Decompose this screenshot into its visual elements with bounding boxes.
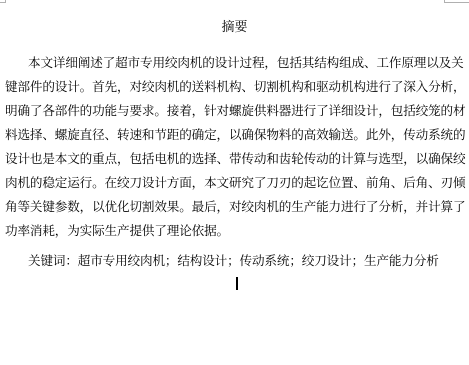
abstract-title: 摘要 <box>0 19 469 37</box>
abstract-line: 设计也是本文的重点，包括电机的选择、带传动和齿轮传动的计算与选型，以确保绞 <box>5 147 461 171</box>
text-cursor <box>236 277 238 290</box>
abstract-body[interactable]: 本文详细阐述了超市专用绞肉机的设计过程，包括其结构组成、工作原理以及关 键部件的… <box>5 51 461 243</box>
abstract-line: 本文详细阐述了超市专用绞肉机的设计过程，包括其结构组成、工作原理以及关 <box>5 51 461 75</box>
abstract-line: 角等关键参数，以优化切割效果。最后，对绞肉机的生产能力进行了分析，并计算了 <box>5 195 461 219</box>
abstract-line: 肉机的稳定运行。在绞刀设计方面，本文研究了刀刃的起讫位置、前角、后角、刃倾 <box>5 171 461 195</box>
abstract-line: 明确了各部件的功能与要求。接着，针对螺旋供料器进行了详细设计，包括绞笼的材 <box>5 99 461 123</box>
abstract-line: 键部件的设计。首先，对绞肉机的送料机构、切割机构和驱动机构进行了深入分析， <box>5 75 461 99</box>
page-margin-marker-right <box>444 0 469 3</box>
keywords-line: 关键词：超市专用绞肉机；结构设计；传动系统；绞刀设计；生产能力分析 <box>28 250 439 272</box>
abstract-line: 功率消耗，为实际生产提供了理论依据。 <box>5 219 461 243</box>
page-margin-marker-left <box>0 0 6 3</box>
abstract-line: 料选择、螺旋直径、转速和节距的确定，以确保物料的高效输送。此外，传动系统的 <box>5 123 461 147</box>
